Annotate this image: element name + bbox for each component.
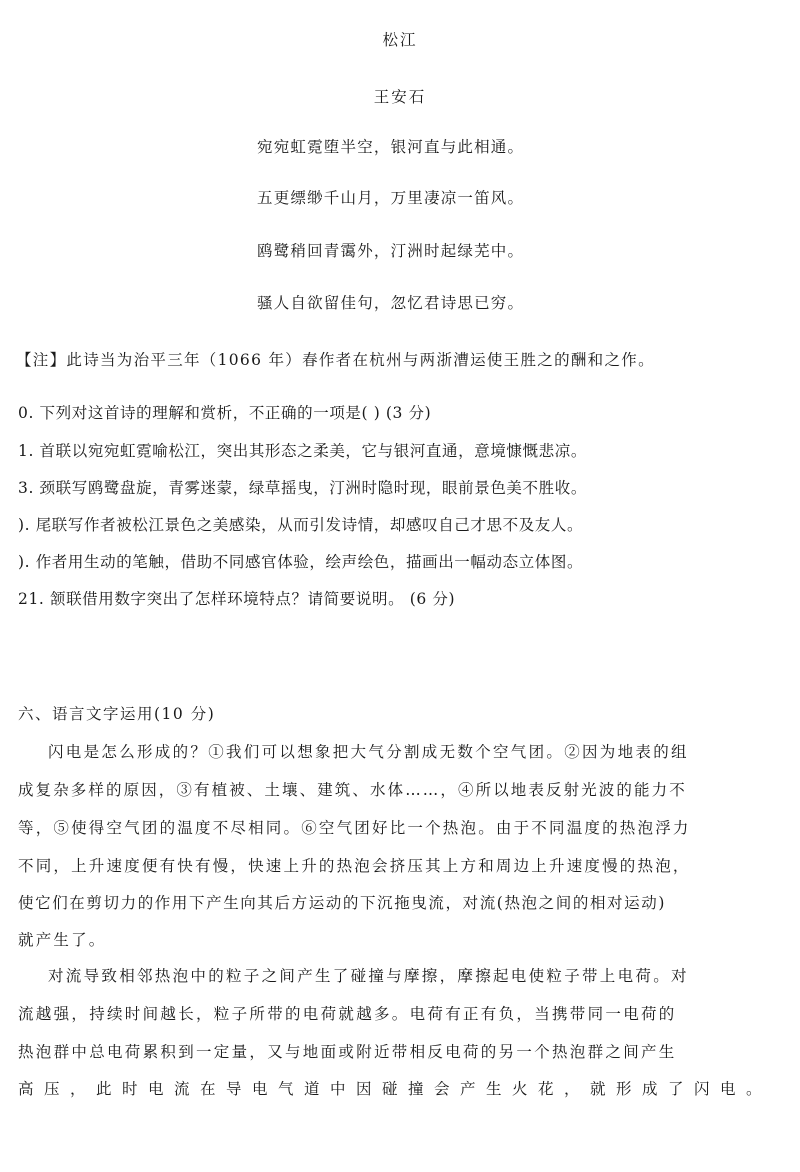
passage-line: 不同，上升速度便有快有慢，快速上升的热泡会挤压其上方和周边上升速度慢的热泡， (18, 856, 678, 876)
passage-line: 使它们在剪切力的作用下产生向其后方运动的下沉拖曳流，对流(热泡之间的相对运动) (18, 893, 678, 913)
passage-line: 就产生了。 (18, 930, 678, 950)
question-option: 3. 颈联写鸥鹭盘旋，青雾迷蒙，绿草摇曳，汀洲时隐时现，眼前景色美不胜收。 (18, 478, 587, 498)
passage-line: 高压，此时电流在导电气道中因碰撞会产生火花，就形成了闪电。 (18, 1079, 678, 1099)
poem-line: 宛宛虹霓堕半空，银河直与此相通。 (257, 137, 524, 157)
section-heading: 六、语言文字运用(10 分) (18, 704, 215, 724)
question-21: 21. 颔联借用数字突出了怎样环境特点？请简要说明。 (6 分) (18, 589, 455, 609)
passage-line: 闪电是怎么形成的？①我们可以想象把大气分割成无数个空气团。②因为地表的组 (48, 742, 708, 762)
passage-line: 等，⑤使得空气团的温度不尽相同。⑥空气团好比一个热泡。由于不同温度的热泡浮力 (18, 818, 678, 838)
question-20-stem: 0. 下列对这首诗的理解和赏析，不正确的一项是( ) (3 分) (18, 403, 431, 423)
poem-line: 骚人自欲留佳句，忽忆君诗思已穷。 (257, 293, 524, 313)
poem-note: 【注】此诗当为治平三年（1066 年）春作者在杭州与两浙漕运使王胜之的酬和之作。 (16, 350, 655, 370)
question-option: ). 作者用生动的笔触，借助不同感官体验，绘声绘色，描画出一幅动态立体图。 (18, 552, 583, 572)
poem-line: 五更缥缈千山月，万里凄凉一笛风。 (257, 188, 524, 208)
poem-line: 鸥鹭稍回青霭外，汀洲时起绿芜中。 (257, 241, 524, 261)
passage-line: 热泡群中总电荷累积到一定量，又与地面或附近带相反电荷的另一个热泡群之间产生 (18, 1042, 678, 1062)
question-option: 1. 首联以宛宛虹霓喻松江，突出其形态之柔美，它与银河直通，意境慷慨悲凉。 (18, 441, 587, 461)
passage-line: 成复杂多样的原因，③有植被、土壤、建筑、水体……，④所以地表反射光波的能力不 (18, 780, 678, 800)
passage-line: 对流导致相邻热泡中的粒子之间产生了碰撞与摩擦，摩擦起电使粒子带上电荷。对 (48, 966, 708, 986)
poem-title: 松江 (0, 30, 800, 50)
question-option: ). 尾联写作者被松江景色之美感染，从而引发诗情，却感叹自己才思不及友人。 (18, 515, 583, 535)
passage-line: 流越强，持续时间越长，粒子所带的电荷就越多。电荷有正有负，当携带同一电荷的 (18, 1004, 678, 1024)
poem-author: 王安石 (0, 87, 800, 107)
